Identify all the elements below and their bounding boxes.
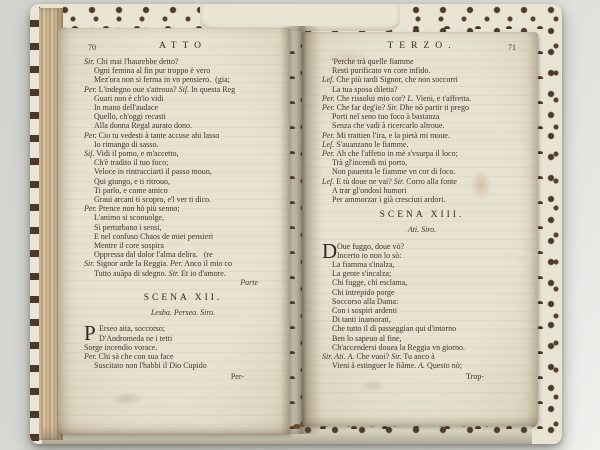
speaker-label: Siſ.: [179, 85, 189, 94]
verse-text: Vieni, e t'affretta.: [414, 94, 471, 103]
verse-text: Che vuoi?: [354, 352, 391, 361]
text-line: Per. Chi sà che con sua face: [84, 352, 282, 361]
text-block: 'Perche trà quelle fiammeResti purificat…: [322, 57, 522, 381]
speaker-label: Sir. Ati. A.: [322, 352, 354, 361]
verse-text: Porti nel seno tuo foco à bastanza: [332, 112, 440, 121]
verse-text: Per-: [231, 372, 244, 381]
verse-text: La gente s'incalza;: [332, 269, 391, 278]
verse-text: D'Andromeda ne i tetti: [99, 334, 172, 343]
speaker-label: Per.: [84, 204, 97, 213]
scene-heading: SCENA XII.: [84, 294, 282, 303]
text-line: Si perturbano i sensi,: [84, 223, 282, 232]
verse-text: Vidi il pomo, e m'accetto,: [94, 149, 178, 158]
text-line: La gente s'incalza;: [322, 269, 522, 278]
verse-text: Vieni à estinguer le fiãme.: [332, 361, 418, 370]
verse-text: Per ammorzar i già cresciuti ardori.: [332, 195, 445, 204]
text-line: Soccorso alla Dama:: [322, 297, 522, 306]
text-line: Veloce in rintracciarti il passo mouo,: [84, 167, 282, 176]
verse-text: Ti parlo, e come amico: [94, 186, 168, 195]
verse-text: Si perturbano i sensi,: [94, 223, 162, 232]
verse-text: Ah che l'affetto in mè s'vsurpa il loco;: [335, 149, 458, 158]
verse-text: Quello, ch'oggi recasti: [94, 112, 166, 121]
verse-text: Questo nò;: [425, 361, 462, 370]
text-line: Chi fugge, chi esclama,: [322, 278, 522, 287]
verse-text: In mano dell'audace: [94, 103, 158, 112]
text-line: Incerto io non lo sò:: [322, 251, 522, 260]
text-line: Siſ. Vidi il pomo, e m'accetto,: [84, 149, 282, 158]
verse-text: 'Perche trà quelle fiamme: [332, 57, 414, 66]
verse-text: Che far deg'io?: [335, 103, 388, 112]
verse-text: Oppressa dal dolor l'alma delira. (re: [94, 250, 213, 259]
verse-text: Che rissolui mio cor?: [335, 94, 408, 103]
verse-text: Trop-: [466, 372, 484, 381]
text-line: 'Perche trà quelle fiamme: [322, 57, 522, 66]
speaker-label: Per.: [84, 352, 97, 361]
verse-text: Chi fugge, chi esclama,: [332, 278, 407, 287]
text-line: Per. Che far deg'io? Sir. Dhe nõ partir …: [322, 103, 522, 112]
verse-text: Alla donna Regal aurato dono.: [94, 121, 192, 130]
verse-text: Chi sà che con sua face: [97, 352, 174, 361]
scene-characters: Lesba. Perseo. Siro.: [84, 308, 282, 317]
speaker-label: Sir.: [394, 177, 404, 186]
text-line: Quello, ch'oggi recasti: [84, 112, 282, 121]
speaker-label: Per.: [84, 85, 97, 94]
text-line: La tua sposa diletta?: [322, 85, 522, 94]
verse-text: Cio tu vedesti à tante accuse ahi lasso: [97, 131, 220, 140]
stage-direction: Parte: [84, 278, 282, 287]
text-line: Non pauenta le fiamme vn cor di foco.: [322, 167, 522, 176]
text-line: Per. Che rissolui mio cor? L. Vieni, e t…: [322, 94, 522, 103]
text-line: Suscitato non l'habbi il Dio Cupido: [84, 361, 282, 370]
verse-text: Suscitato non l'habbi il Dio Cupido: [94, 361, 207, 370]
text-line: Sir. Signor arde la Reggia. Per. Anco il…: [84, 259, 282, 268]
text-line: Per ammorzar i già cresciuti ardori.: [322, 195, 522, 204]
text-line: Ogni femina al fin pur troppo è vero: [84, 66, 282, 75]
verse-text: Sorge incendio vorace.: [84, 343, 157, 352]
verse-text: Con i sospiri ardenti: [332, 306, 397, 315]
verse-text: Prence non hò più senno;: [97, 204, 180, 213]
verse-text: Corro alla fonte: [404, 177, 457, 186]
verse-text: Dhe nõ partir ti prego: [398, 103, 469, 112]
text-line: Chi intrepido porge: [322, 288, 522, 297]
speaker-label: Per.: [322, 94, 335, 103]
verse-text: Graui arcani ti scopro, e'l ver ti dico.: [94, 195, 211, 204]
speaker-label: Per.: [322, 149, 335, 158]
drop-cap: D: [322, 242, 337, 260]
speaker-label: Leſ.: [322, 177, 334, 186]
verse-text: Qui giungo, e ti ritrouo,: [94, 177, 170, 186]
verse-text: Incerto io non lo sò:: [337, 251, 401, 260]
text-line: E nel confuso Chaos de miei pensieri: [84, 232, 282, 241]
verse-text: Trà gl'incendi mi porto,: [332, 158, 407, 167]
text-line: Io rimango di sasso.: [84, 140, 282, 149]
catchword: Per-: [84, 372, 282, 381]
verse-text: Ben lo sapeuo al fine,: [332, 334, 402, 343]
text-line: Ch'accendersi douea la Reggia vn giorno.: [322, 343, 522, 352]
speaker-label: Sir.: [387, 103, 397, 112]
speaker-label: Sir.: [84, 259, 94, 268]
text-line: Mez'ora non si ferma in vn pensiero. (gi…: [84, 75, 282, 84]
scene-characters: Ati. Siro.: [322, 225, 522, 234]
speaker-label: A.: [418, 361, 425, 370]
text-line: Leſ. S'auanzano le fiamme.: [322, 140, 522, 149]
verse-text: In questa Reg: [189, 85, 235, 94]
text-line: Ch'è tradito il tuo foco;: [84, 158, 282, 167]
verse-text: A trar gl'ondosi humori: [332, 186, 407, 195]
page-header: TERZO. 71: [322, 42, 522, 55]
text-line: La fiamma s'inalza,: [322, 260, 522, 269]
verse-text: L'indegno oue s'attroua?: [97, 85, 179, 94]
text-line: Con i sospiri ardenti: [322, 306, 522, 315]
text-line: Sir. Ati. A. Che vuoi? Sir. Tu anco à: [322, 352, 522, 361]
verse-text: Signor arde la Reggia.: [94, 259, 170, 268]
verse-text: Chi intrepido porge: [332, 288, 395, 297]
text-block: Sir. Chi mai l'haurebbe detto?Ogni femin…: [84, 57, 282, 381]
drop-cap: P: [84, 324, 99, 342]
verse-text: E nel confuso Chaos de miei pensieri: [94, 232, 213, 241]
text-line: In mano dell'audace: [84, 103, 282, 112]
verse-text: Mez'ora non si ferma in vn pensiero. (gi…: [94, 75, 230, 84]
page-header: 70 ATTO: [84, 42, 282, 55]
verse-text: Veloce in rintracciarti il passo mouo,: [94, 167, 212, 176]
verse-text: Oue fuggo, doue vò?: [337, 242, 404, 251]
text-line: Per. Mi trattien l'ira, e la pietà mi mo…: [322, 131, 522, 140]
speaker-label: Sir.: [84, 57, 94, 66]
speaker-label: Per.: [170, 259, 183, 268]
left-page: 70 ATTO Sir. Chi mai l'haurebbe detto?Og…: [58, 28, 290, 434]
running-title: TERZO.: [322, 42, 522, 51]
verse-text: SCENA XIII.: [380, 210, 465, 220]
cover-edge-left: [30, 4, 39, 444]
verse-text: Che più tardi Signor, che non soccorri: [334, 75, 458, 84]
book: 70 ATTO Sir. Chi mai l'haurebbe detto?Og…: [30, 4, 562, 444]
verse-text: Soccorso alla Dama:: [332, 297, 398, 306]
text-line: Sorge incendio vorace.: [84, 343, 282, 352]
text-line: D'Andromeda ne i tetti: [84, 334, 282, 343]
running-title: ATTO: [84, 42, 282, 51]
verse-text: Et io d'amore.: [179, 269, 226, 278]
text-line: Guari non è ch'io vidi: [84, 94, 282, 103]
text-line: Ti parlo, e come amico: [84, 186, 282, 195]
text-line: Qui giungo, e ti ritrouo,: [84, 177, 282, 186]
text-line: Senza che vadi à ricercarlo altroue.: [322, 121, 522, 130]
verse-text: Mi trattien l'ira, e la pietà mi moue.: [335, 131, 450, 140]
text-line: Oppressa dal dolor l'alma delira. (re: [84, 250, 282, 259]
speaker-label: Per.: [322, 131, 335, 140]
verse-text: Ch'è tradito il tuo foco;: [94, 158, 168, 167]
verse-text: Tutto auãpa di sdegno.: [94, 269, 169, 278]
text-line: Vieni à estinguer le fiãme. A. Questo nò…: [322, 361, 522, 370]
text-line: Che tutto il dì passeggian qui d'intorno: [322, 324, 522, 333]
verse-text: Ogni femina al fin pur troppo è vero: [94, 66, 210, 75]
text-line: Oue fuggo, doue vò?: [322, 242, 522, 251]
right-page: TERZO. 71 'Perche trà quelle fiammeResti…: [302, 32, 538, 426]
verse-text: Guari non è ch'io vidi: [94, 94, 163, 103]
text-line: Mentre il core sospira: [84, 241, 282, 250]
text-line: Di tanti inamorati,: [322, 315, 522, 324]
verse-text: SCENA XII.: [144, 293, 223, 303]
spine: [200, 4, 400, 31]
verse-text: L'animo si sconuolge,: [94, 213, 164, 222]
text-line: A trar gl'ondosi humori: [322, 186, 522, 195]
verse-text: Tu anco à: [402, 352, 435, 361]
text-line: Per. Cio tu vedesti à tante accuse ahi l…: [84, 131, 282, 140]
verse-text: Chi mai l'haurebbe detto?: [94, 57, 178, 66]
text-line: Leſ. E tù doue ne vai? Sir. Corro alla f…: [322, 177, 522, 186]
verse-text: Di tanti inamorati,: [332, 315, 391, 324]
text-line: Leſ. Che più tardi Signor, che non socco…: [322, 75, 522, 84]
text-line: Per. Ah che l'affetto in mè s'vsurpa il …: [322, 149, 522, 158]
verse-text: La tua sposa diletta?: [332, 85, 398, 94]
text-line: Per. Prence non hò più senno;: [84, 204, 282, 213]
speaker-label: Ati. Siro.: [408, 225, 436, 234]
verse-text: Che tutto il dì passeggian qui d'intorno: [332, 324, 456, 333]
text-line: Erseo aita, soccorso;: [84, 324, 282, 333]
verse-text: Ch'accendersi douea la Reggia vn giorno.: [332, 343, 465, 352]
binding-hole: [293, 424, 301, 429]
book-photo: 70 ATTO Sir. Chi mai l'haurebbe detto?Og…: [0, 0, 600, 450]
verse-text: S'auanzano le fiamme.: [334, 140, 408, 149]
speaker-label: Sir.: [391, 352, 401, 361]
text-line: Per. L'indegno oue s'attroua? Siſ. In qu…: [84, 85, 282, 94]
text-line: Trà gl'incendi mi porto,: [322, 158, 522, 167]
verse-text: La fiamma s'inalza,: [332, 260, 395, 269]
speaker-label: Siſ.: [84, 149, 94, 158]
speaker-label: Sir.: [169, 269, 179, 278]
verse-text: E tù doue ne vai?: [334, 177, 394, 186]
speaker-label: Per.: [84, 131, 97, 140]
verse-text: Senza che vadi à ricercarlo altroue.: [332, 121, 444, 130]
speaker-label: Leſ.: [322, 75, 334, 84]
catchword: Trop-: [322, 372, 522, 381]
speaker-label: Parte: [240, 278, 258, 287]
verse-text: Erseo aita, soccorso;: [99, 324, 165, 333]
text-line: Graui arcani ti scopro, e'l ver ti dico.: [84, 195, 282, 204]
page-number: 70: [88, 43, 96, 52]
text-line: L'animo si sconuolge,: [84, 213, 282, 222]
verse-text: Non pauenta le fiamme vn cor di foco.: [332, 167, 456, 176]
verse-text: Mentre il core sospira: [94, 241, 164, 250]
page-number: 71: [508, 43, 516, 52]
text-line: Ben lo sapeuo al fine,: [322, 334, 522, 343]
text-line: Resti purificato vn core infido.: [322, 66, 522, 75]
verse-text: Resti purificato vn core infido.: [332, 66, 430, 75]
text-line: Tutto auãpa di sdegno. Sir. Et io d'amor…: [84, 269, 282, 278]
text-line: Alla donna Regal aurato dono.: [84, 121, 282, 130]
verse-text: Anco il mio co: [183, 259, 232, 268]
text-line: Porti nel seno tuo foco à bastanza: [322, 112, 522, 121]
text-line: Sir. Chi mai l'haurebbe detto?: [84, 57, 282, 66]
speaker-label: Per.: [322, 103, 335, 112]
verse-text: Io rimango di sasso.: [94, 140, 158, 149]
speaker-label: Lesba. Perseo. Siro.: [151, 308, 215, 317]
speaker-label: Leſ.: [322, 140, 334, 149]
scene-heading: SCENA XIII.: [322, 211, 522, 220]
